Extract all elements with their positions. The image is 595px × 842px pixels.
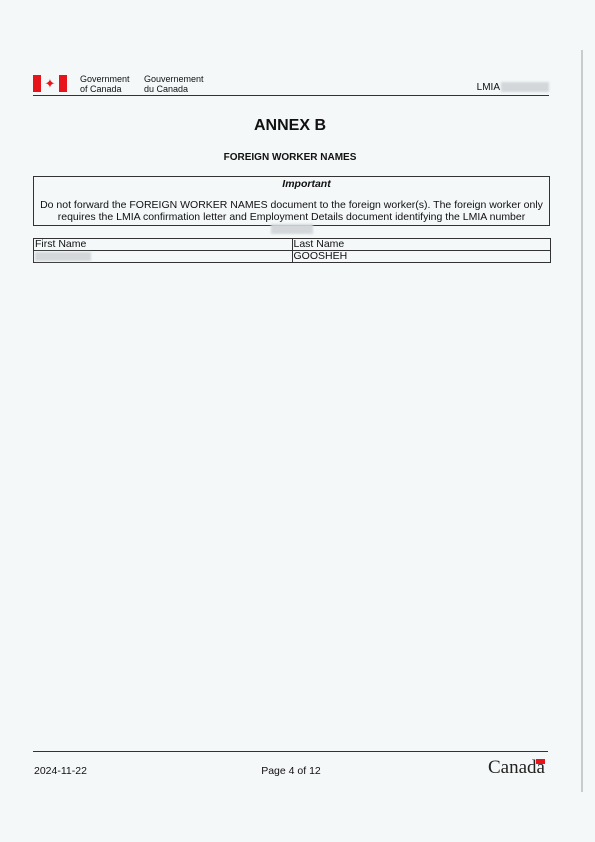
maple-leaf-icon: ✦ [41, 75, 59, 92]
important-body: Do not forward the FOREIGN WORKER NAMES … [34, 199, 549, 235]
page-header: ✦ Government of Canada Gouvernement du C… [33, 73, 549, 96]
redacted-first-name [35, 252, 91, 261]
redacted-lmia-number [501, 82, 549, 92]
government-of-canada-fr: Gouvernement du Canada [144, 74, 204, 94]
important-notice-box: Important Do not forward the FOREIGN WOR… [33, 176, 550, 226]
foreign-worker-names-table: First Name Last Name GOOSHEH [33, 238, 551, 263]
column-header-last-name: Last Name [292, 239, 551, 251]
important-heading: Important [64, 178, 549, 190]
table-header-row: First Name Last Name [34, 239, 551, 251]
canada-flag-icon: ✦ [33, 75, 67, 92]
first-name-cell [34, 251, 293, 263]
annex-title: ANNEX B [0, 117, 580, 135]
footer-divider [33, 751, 548, 752]
column-header-first-name: First Name [34, 239, 293, 251]
section-subtitle: FOREIGN WORKER NAMES [0, 152, 580, 163]
last-name-cell: GOOSHEH [292, 251, 551, 263]
lmia-number: LMIA [477, 82, 549, 93]
table-row: GOOSHEH [34, 251, 551, 263]
canada-wordmark: Canada [488, 757, 545, 779]
redacted-lmia-number [271, 224, 313, 234]
page-edge-scrollbar[interactable] [581, 50, 583, 792]
government-of-canada-en: Government of Canada [80, 74, 130, 94]
wordmark-flag-icon [536, 759, 545, 764]
